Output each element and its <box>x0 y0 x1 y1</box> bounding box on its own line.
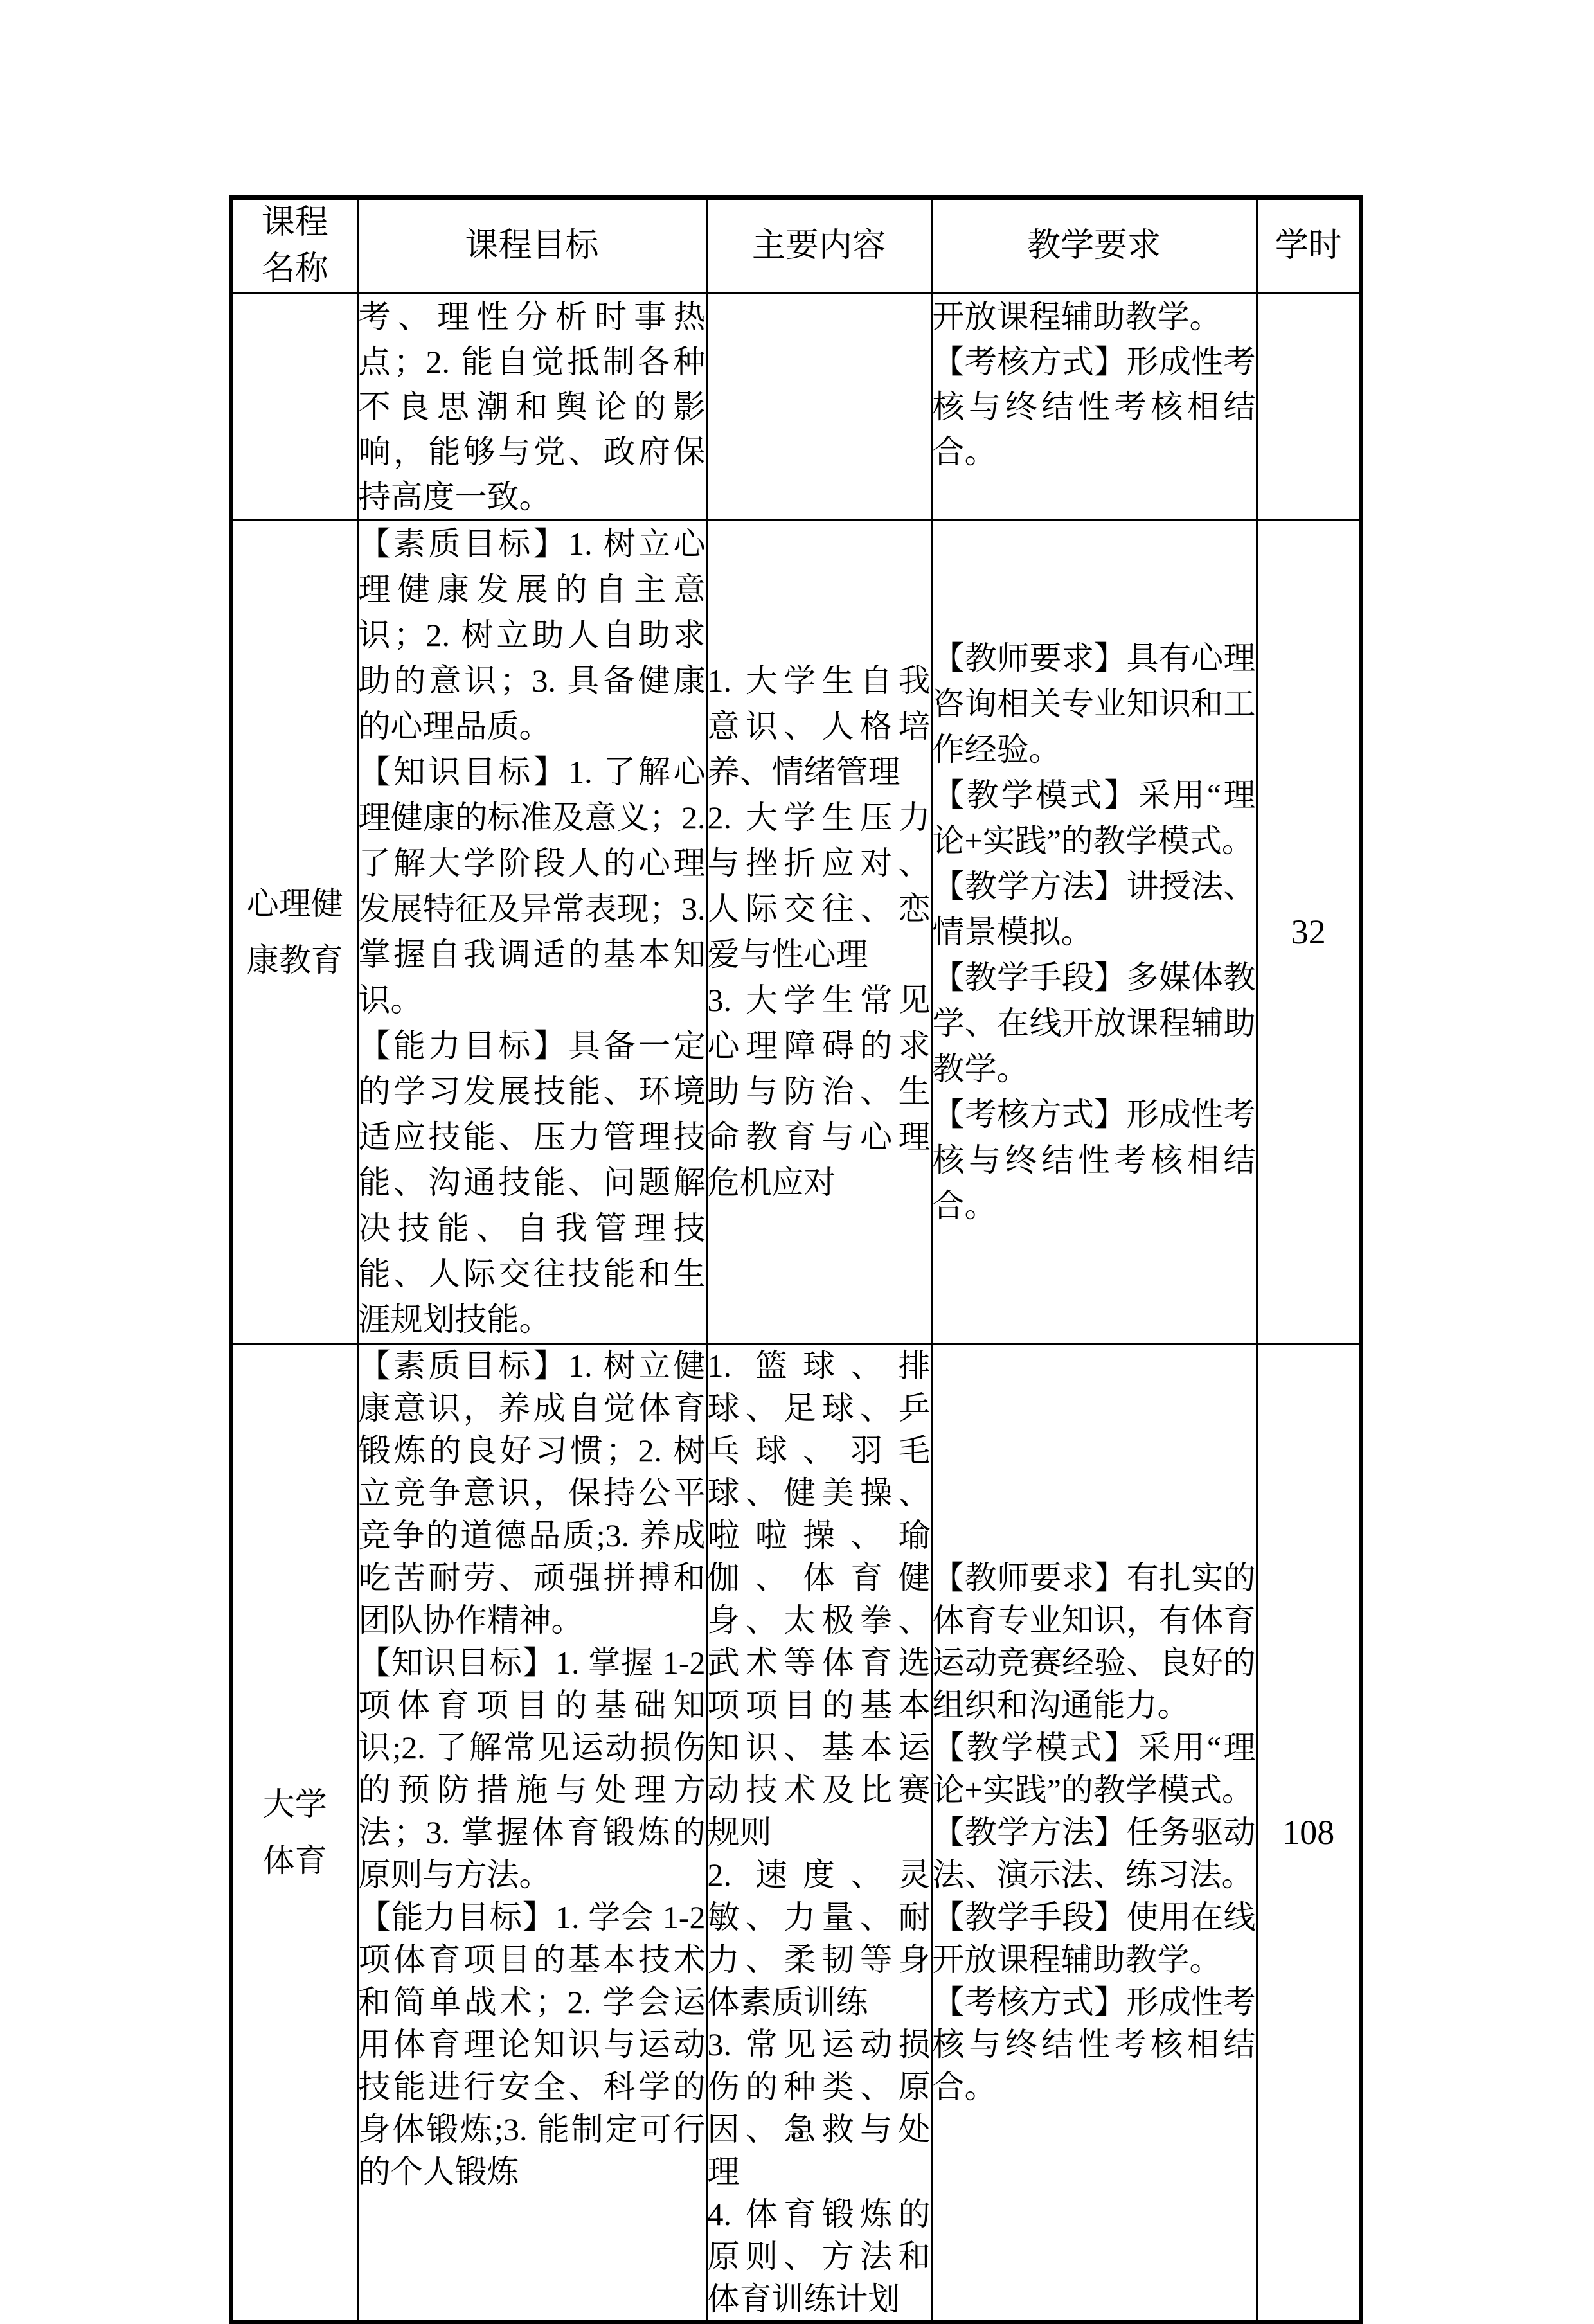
table-row-college-pe: 大学体育 【素质目标】1. 树立健康意识，养成自觉体育锻炼的良好习惯；2. 树立… <box>231 1344 1361 2323</box>
header-main-content: 主要内容 <box>706 197 931 294</box>
cell-class-hours: 108 <box>1257 1344 1361 2323</box>
table-header-row: 课程名称 课程目标 主要内容 教学要求 学时 <box>231 197 1361 294</box>
cell-teaching-requirements: 【教师要求】有扎实的体育专业知识，有体育运动竞赛经验、良好的组织和沟通能力。【教… <box>931 1344 1257 2323</box>
table-row-continuation: 考、理性分析时事热点；2. 能自觉抵制各种不良思潮和舆论的影响，能够与党、政府保… <box>231 294 1361 521</box>
cell-course-objectives: 考、理性分析时事热点；2. 能自觉抵制各种不良思潮和舆论的影响，能够与党、政府保… <box>357 294 706 521</box>
table-row-mental-health: 心理健康教育 【素质目标】1. 树立心理健康发展的自主意识；2. 树立助人自助求… <box>231 521 1361 1344</box>
cell-course-name: 大学体育 <box>231 1344 357 2323</box>
page-number: 5 <box>0 2110 1594 2149</box>
cell-main-content <box>706 294 931 521</box>
course-plan-table: 课程名称 课程目标 主要内容 教学要求 学时 考、理性分析时事热点；2. 能自觉… <box>229 195 1363 2324</box>
header-course-name: 课程名称 <box>231 197 357 294</box>
cell-course-name: 心理健康教育 <box>231 521 357 1344</box>
cell-main-content: 1. 大学生自我意识、人格培养、情绪管理2. 大学生压力与挫折应对、人际交往、恋… <box>706 521 931 1344</box>
cell-class-hours: 32 <box>1257 521 1361 1344</box>
cell-teaching-requirements: 【教师要求】具有心理咨询相关专业知识和工作经验。【教学模式】采用“理论+实践”的… <box>931 521 1257 1344</box>
cell-class-hours <box>1257 294 1361 521</box>
cell-course-name <box>231 294 357 521</box>
cell-course-objectives: 【素质目标】1. 树立健康意识，养成自觉体育锻炼的良好习惯；2. 树立竞争意识，… <box>357 1344 706 2323</box>
header-class-hours: 学时 <box>1257 197 1361 294</box>
cell-main-content: 1. 篮球、排球、足球、乒乓球、羽毛球、健美操、啦啦操、瑜伽、体育健身、太极拳、… <box>706 1344 931 2323</box>
cell-course-objectives: 【素质目标】1. 树立心理健康发展的自主意识；2. 树立助人自助求助的意识；3.… <box>357 521 706 1344</box>
header-course-objectives: 课程目标 <box>357 197 706 294</box>
cell-teaching-requirements: 开放课程辅助教学。【考核方式】形成性考核与终结性考核相结合。 <box>931 294 1257 521</box>
header-teaching-requirements: 教学要求 <box>931 197 1257 294</box>
